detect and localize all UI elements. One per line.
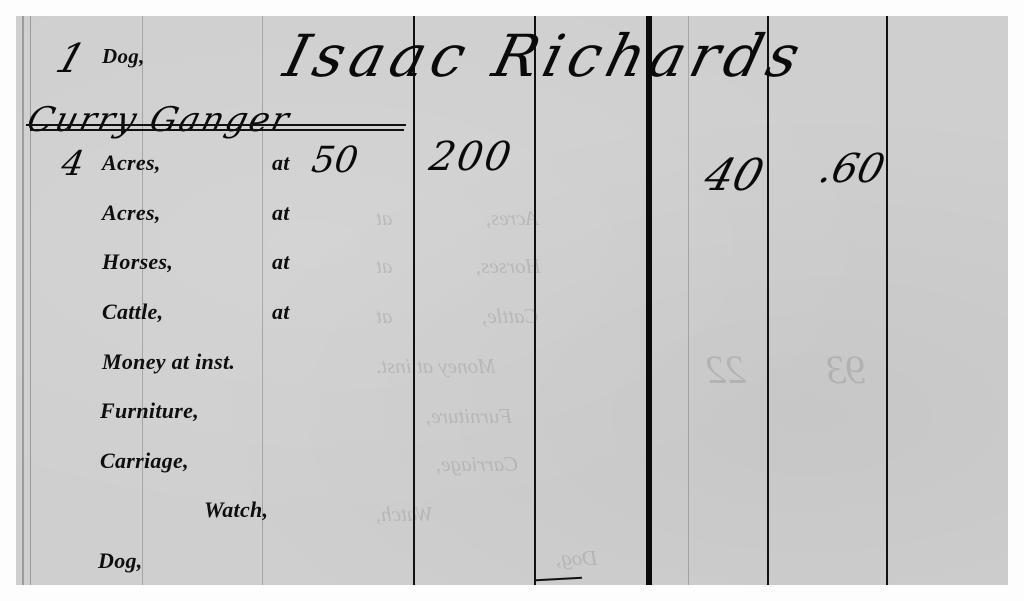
struck-name: Curry Ganger	[23, 100, 295, 140]
strikethrough-line	[26, 124, 406, 126]
row-at-label: at	[272, 200, 290, 226]
dog-label-printed: Dog,	[102, 44, 145, 69]
row-label-horses: Horses,	[102, 249, 173, 275]
bleed-through-text: Dog,	[556, 546, 597, 571]
row-label-carriage: Carriage,	[100, 448, 189, 474]
row-label-money-at-inst: Money at inst.	[102, 349, 235, 375]
bleed-through-text: at	[376, 254, 392, 279]
bleed-through-number: 93	[826, 346, 866, 393]
row-label-dog: Dog,	[98, 548, 143, 574]
row-at-label: at	[272, 150, 290, 176]
underline-mark	[536, 577, 582, 581]
page-edge-line	[22, 16, 24, 585]
bleed-through-text: at	[376, 206, 392, 231]
acres-quantity: 4	[58, 144, 87, 184]
ledger-page: Acres, at Horses, at Cattle, at Money at…	[16, 16, 1008, 585]
bleed-through-text: Carriage,	[436, 452, 518, 477]
row-label-acres: Acres,	[102, 150, 161, 176]
tax-cents: .60	[814, 146, 889, 192]
page-edge-line	[30, 16, 31, 585]
tax-dollars: 40	[699, 150, 770, 201]
bleed-through-number: 22	[706, 346, 746, 393]
dog-count-handwritten: 1	[51, 36, 91, 82]
column-rule	[767, 16, 769, 585]
column-rule	[886, 16, 888, 585]
column-rule-thick	[646, 16, 652, 585]
acres-value: 200	[426, 134, 516, 180]
row-label-furniture: Furniture,	[100, 398, 199, 424]
bleed-through-text: Horses,	[476, 254, 541, 279]
guide-line	[688, 16, 689, 585]
taxpayer-name: Isaac Richards	[278, 22, 813, 90]
bleed-through-text: Money at inst.	[376, 354, 496, 379]
row-label-acres-2: Acres,	[102, 200, 161, 226]
acres-rate: 50	[309, 140, 361, 181]
column-rule	[534, 16, 536, 585]
bleed-through-text: Cattle,	[482, 304, 539, 329]
strikethrough-line	[30, 129, 404, 131]
row-at-label: at	[272, 299, 290, 325]
row-label-watch: Watch,	[204, 497, 268, 523]
bleed-through-text: at	[376, 304, 392, 329]
bleed-through-text: Watch,	[376, 502, 433, 527]
bleed-through-text: Furniture,	[426, 404, 512, 429]
column-rule	[413, 16, 415, 585]
bleed-through-text: Acres,	[486, 206, 538, 231]
row-label-cattle: Cattle,	[102, 299, 163, 325]
row-at-label: at	[272, 249, 290, 275]
